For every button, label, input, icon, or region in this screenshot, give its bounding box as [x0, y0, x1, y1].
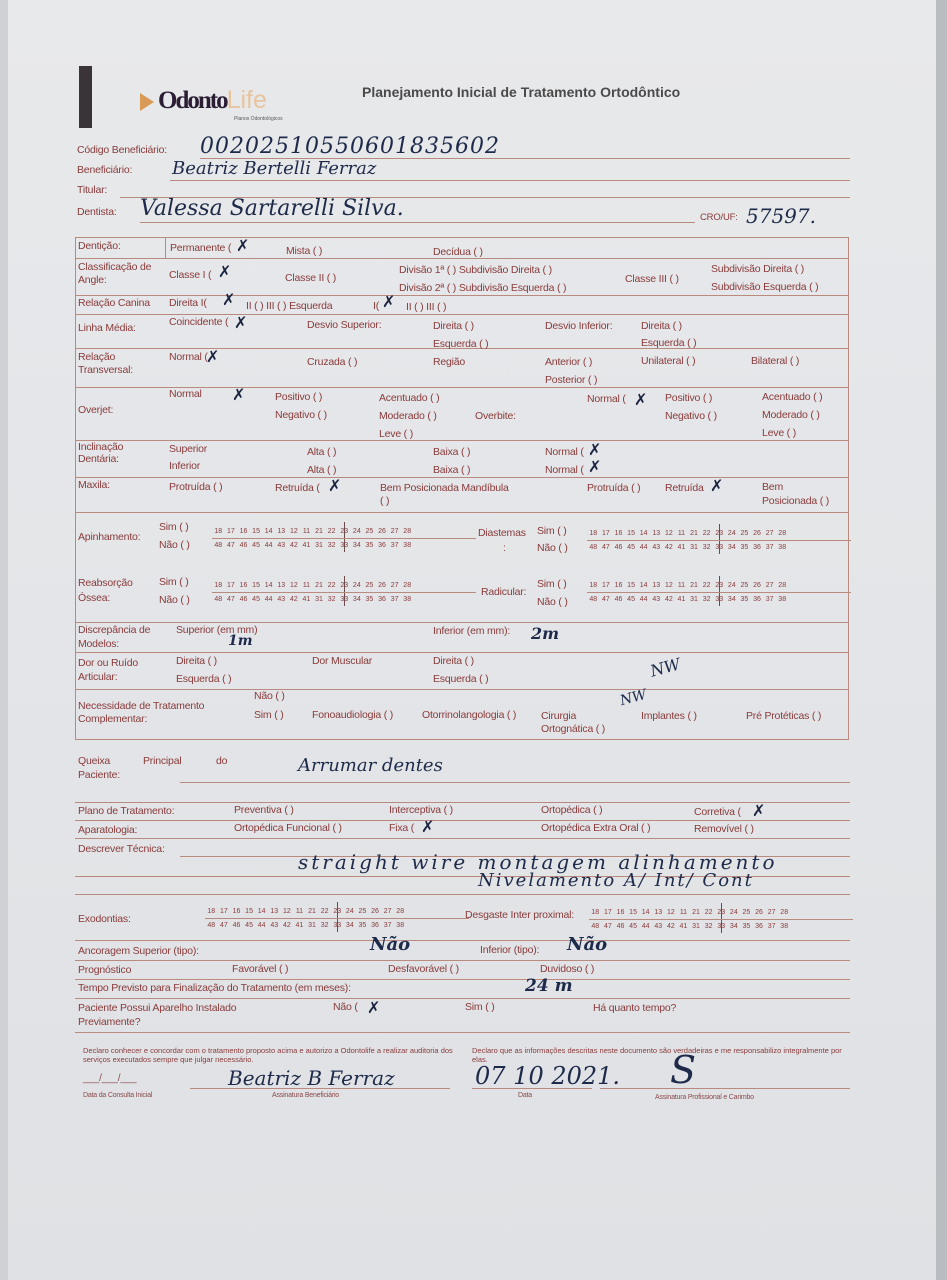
- prognostico-desfavoravel[interactable]: Desfavorável ( ): [388, 963, 459, 975]
- canina-esquerda-i[interactable]: I(: [373, 300, 379, 312]
- data-field[interactable]: 07 10 2021.: [475, 1062, 620, 1090]
- angle-div1[interactable]: Divisão 1ª ( ) Subdivisão Direita ( ): [399, 264, 552, 276]
- complementar-otorrino[interactable]: Otorrinolangologia ( ): [422, 709, 516, 721]
- angle-classe1[interactable]: Classe I (: [169, 269, 211, 281]
- overbite-negativo[interactable]: Negativo ( ): [665, 410, 717, 422]
- transversal-anterior[interactable]: Anterior ( ): [545, 356, 592, 368]
- complementar-sim[interactable]: Sim ( ): [254, 709, 284, 721]
- desvio-sup-esquerda[interactable]: Esquerda ( ): [433, 338, 488, 350]
- aparatologia-ortopedica-funcional[interactable]: Ortopédica Funcional ( ): [234, 822, 342, 834]
- overjet-moderado[interactable]: Moderado ( ): [379, 410, 437, 422]
- logo-diamond-icon: [140, 93, 154, 111]
- aparatologia-ortopedica-extra[interactable]: Ortopédica Extra Oral ( ): [541, 822, 650, 834]
- desvio-superior-label: Desvio Superior:: [307, 319, 381, 331]
- denticao-permanente[interactable]: Permanente (: [170, 242, 231, 254]
- dentista-field[interactable]: Valessa Sartarelli Silva.: [140, 196, 404, 221]
- dentista-underline: [140, 222, 695, 223]
- assinatura-profissional[interactable]: S: [670, 1048, 696, 1092]
- transversal-unilateral[interactable]: Unilateral ( ): [641, 355, 695, 367]
- row-divider: [75, 440, 849, 441]
- assinatura-profissional-label: Assinatura Profissional e Carimbo: [655, 1094, 754, 1101]
- radicular-tooth-chart[interactable]: 18171615141312112122232425262728 4847464…: [587, 578, 851, 606]
- tempo-label: Tempo Previsto para Finalização do Trata…: [78, 982, 351, 994]
- articular-direita[interactable]: Direita ( ): [176, 655, 217, 667]
- desvio-inf-esquerda[interactable]: Esquerda ( ): [641, 337, 696, 349]
- prognostico-duvidoso[interactable]: Duvidoso ( ): [540, 963, 594, 975]
- aparatologia-fixa[interactable]: Fixa (: [389, 822, 414, 834]
- reabsorcao-nao[interactable]: Não ( ): [159, 594, 190, 606]
- radicular-label: Radicular:: [481, 586, 526, 598]
- ancoragem-superior-value[interactable]: Não: [370, 934, 410, 955]
- row-divider: [75, 314, 849, 315]
- diastemas-colon: :: [503, 542, 506, 554]
- odontolife-logo: OdontoLife: [140, 86, 267, 115]
- paper-edge-right: [936, 0, 947, 1280]
- transversal-label: Relação Transversal:: [78, 351, 148, 377]
- tecnica-label: Descrever Técnica:: [78, 843, 165, 855]
- overbite-label: Overbite:: [475, 410, 516, 422]
- angle-div2[interactable]: Divisão 2ª ( ) Subdivisão Esquerda ( ): [399, 282, 566, 294]
- overjet-normal[interactable]: Normal: [169, 388, 202, 400]
- reabsorcao-sim[interactable]: Sim ( ): [159, 576, 189, 588]
- prognostico-label: Prognóstico: [78, 964, 131, 976]
- tecnica-line: [75, 894, 850, 895]
- row-divider: [75, 477, 849, 478]
- aparatologia-removivel[interactable]: Removível ( ): [694, 823, 754, 835]
- diastemas-tooth-chart[interactable]: 18171615141312112122232425262728 4847464…: [587, 526, 851, 554]
- check-mark-icon: ✗: [421, 817, 434, 836]
- overbite-acentuado[interactable]: Acentuado ( ): [762, 391, 822, 403]
- row-divider: [75, 689, 849, 690]
- linha-media-label: Linha Média:: [78, 322, 136, 334]
- complementar-cirurgia: Cirurgia: [541, 710, 576, 722]
- transversal-cruzada[interactable]: Cruzada ( ): [307, 356, 357, 368]
- desvio-inferior-label: Desvio Inferior:: [545, 320, 612, 332]
- queixa-label: Queixa: [78, 755, 110, 767]
- prognostico-favoravel[interactable]: Favorável ( ): [232, 963, 288, 975]
- transversal-regiao: Região: [433, 356, 465, 368]
- inclinacao-superior: Superior: [169, 443, 207, 455]
- overjet-negativo[interactable]: Negativo ( ): [275, 409, 327, 421]
- maxila-retruida[interactable]: Retruída (: [275, 482, 320, 494]
- angle-sub-esquerda[interactable]: Subdivisão Esquerda ( ): [711, 281, 818, 293]
- angle-sub-direita[interactable]: Subdivisão Direita ( ): [711, 263, 804, 275]
- assinatura-profissional-line: [600, 1088, 850, 1089]
- apinhamento-sim[interactable]: Sim ( ): [159, 521, 189, 533]
- transversal-bilateral[interactable]: Bilateral ( ): [751, 355, 799, 367]
- cro-field[interactable]: 57597.: [746, 204, 816, 228]
- apinhamento-label: Apinhamento:: [78, 531, 140, 543]
- inclinacao-sup-alta[interactable]: Alta ( ): [307, 446, 336, 458]
- check-mark-icon: ✗: [328, 476, 341, 495]
- plano-ortopedica[interactable]: Ortopédica ( ): [541, 804, 602, 816]
- check-mark-icon: ✗: [206, 347, 219, 366]
- overjet-label: Overjet:: [78, 404, 113, 416]
- inclinacao-inf-baixa[interactable]: Baixa ( ): [433, 464, 470, 476]
- beneficiario-field[interactable]: Beatriz Bertelli Ferraz: [172, 158, 376, 179]
- beneficiario-label: Beneficiário:: [77, 164, 132, 176]
- check-mark-icon: ✗: [588, 457, 601, 476]
- canina-direita-rest[interactable]: II ( ) III ( ) Esquerda: [246, 300, 332, 312]
- overbite-positivo[interactable]: Positivo ( ): [665, 392, 712, 404]
- inclinacao-sup-baixa[interactable]: Baixa ( ): [433, 446, 470, 458]
- inclinacao-inf-normal[interactable]: Normal (: [545, 464, 584, 476]
- diastemas-label: Diastemas: [478, 527, 526, 539]
- apinhamento-nao[interactable]: Não ( ): [159, 539, 190, 551]
- logo-tagline: Planos Odontológicos: [234, 116, 283, 122]
- desvio-sup-direita[interactable]: Direita ( ): [433, 320, 474, 332]
- aparelho-tempo[interactable]: Há quanto tempo?: [593, 1002, 676, 1014]
- row-divider: [75, 838, 850, 839]
- data-consulta-label: Data da Consulta Inicial: [83, 1092, 152, 1099]
- check-mark-icon: ✗: [367, 998, 380, 1017]
- dentista-label: Dentista:: [77, 206, 117, 218]
- overbite-moderado[interactable]: Moderado ( ): [762, 409, 820, 421]
- complementar-implantes[interactable]: Implantes ( ): [641, 710, 697, 722]
- canina-esquerda-rest[interactable]: II ( ) III ( ): [406, 301, 446, 313]
- denticao-mista[interactable]: Mista ( ): [286, 245, 322, 257]
- assinatura-beneficiario[interactable]: Beatriz B Ferraz: [228, 1066, 395, 1090]
- declaracao-beneficiario: Declaro conhecer e concordar com o trata…: [83, 1046, 453, 1064]
- aparelho-sim[interactable]: Sim ( ): [465, 1001, 495, 1013]
- complementar-fono[interactable]: Fonoaudiologia ( ): [312, 709, 393, 721]
- beneficiario-underline: [170, 180, 850, 181]
- aparelho-nao[interactable]: Não (: [333, 1001, 358, 1013]
- discrepancia-label: Discrepância de Modelos:: [78, 623, 173, 651]
- row-divider: [75, 998, 850, 999]
- dor-muscular-label: Dor Muscular: [312, 655, 372, 667]
- codigo-field[interactable]: 00202510550601835602: [200, 134, 500, 159]
- transversal-posterior[interactable]: Posterior ( ): [545, 374, 597, 386]
- muscular-esquerda[interactable]: Esquerda ( ): [433, 673, 488, 685]
- radicular-nao[interactable]: Não ( ): [537, 596, 568, 608]
- queixa-underline-2: [75, 802, 850, 803]
- overjet-positivo[interactable]: Positivo ( ): [275, 391, 322, 403]
- tempo-value[interactable]: 24 m: [525, 976, 573, 996]
- maxila-bem-posicionada-check[interactable]: ( ): [380, 495, 389, 507]
- check-mark-icon: ✗: [232, 385, 245, 404]
- queixa-do-label: do: [216, 755, 227, 767]
- complementar-label: Necessidade de Tratamento Complementar:: [78, 700, 238, 726]
- row-divider: [75, 295, 849, 296]
- reabsorcao-tooth-chart[interactable]: 18171615141312112122232425262728 4847464…: [212, 578, 476, 606]
- aparatologia-label: Aparatologia:: [78, 824, 137, 836]
- data-label: Data: [518, 1092, 532, 1099]
- row-divider: [75, 652, 849, 653]
- canina-label: Relação Canina: [78, 297, 150, 309]
- row-divider: [75, 820, 850, 821]
- exodontias-tooth-chart[interactable]: 18171615141312112122232425262728 4847464…: [205, 904, 469, 932]
- diastemas-sim[interactable]: Sim ( ): [537, 525, 567, 537]
- queixa-underline: [180, 782, 850, 783]
- check-mark-icon: ✗: [222, 290, 235, 309]
- complementar-pre-proteticas[interactable]: Pré Protéticas ( ): [746, 710, 821, 722]
- angle-label: Classificação de Angle:: [78, 261, 168, 287]
- row-divider: [75, 940, 850, 941]
- mandibula-bem-posicionada[interactable]: Posicionada ( ): [762, 495, 829, 507]
- reabsorcao-ossea-label: Óssea:: [78, 592, 110, 604]
- row-divider: [75, 622, 849, 623]
- tecnica-line2[interactable]: Nivelamento A/ Int/ Cont: [478, 870, 754, 891]
- check-mark-icon: ✗: [710, 476, 723, 495]
- logo-brand: Odonto: [158, 87, 227, 114]
- maxila-protruida[interactable]: Protruída ( ): [169, 481, 222, 493]
- data-line: [472, 1088, 592, 1089]
- check-mark-icon: ✗: [382, 292, 395, 311]
- plano-preventiva[interactable]: Preventiva ( ): [234, 804, 294, 816]
- angle-classe2[interactable]: Classe II ( ): [285, 272, 336, 284]
- logo-side-bar: [79, 66, 92, 128]
- desvio-inf-direita[interactable]: Direita ( ): [641, 320, 682, 332]
- denticao-decidua[interactable]: Decídua ( ): [433, 246, 483, 258]
- queixa-principal-label: Principal: [143, 755, 181, 767]
- denticao-label: Dentição:: [78, 240, 121, 252]
- page-title: Planejamento Inicial de Tratamento Ortod…: [362, 84, 680, 100]
- discrepancia-inferior-label: Inferior (em mm):: [433, 625, 510, 637]
- complementar-ortognatica[interactable]: Ortognática ( ): [541, 723, 605, 735]
- data-consulta-field[interactable]: ___/___/___: [83, 1073, 136, 1084]
- cro-label: CRO/UF:: [700, 212, 738, 223]
- dor-ruido-label: Dor ou Ruído Articular:: [78, 656, 158, 684]
- ancoragem-superior-label: Ancoragem Superior (tipo):: [78, 945, 199, 957]
- assinatura-line: [190, 1088, 450, 1089]
- canina-direita-i[interactable]: Direita I(: [169, 297, 207, 309]
- plano-corretiva[interactable]: Corretiva (: [694, 806, 741, 818]
- check-mark-icon: ✗: [752, 801, 765, 820]
- reabsorcao-label: Reabsorção: [78, 577, 133, 589]
- articular-esquerda[interactable]: Esquerda ( ): [176, 673, 231, 685]
- codigo-label: Código Beneficiário:: [77, 144, 167, 156]
- desgaste-label: Desgaste Inter proximal:: [465, 909, 574, 921]
- plano-interceptiva[interactable]: Interceptiva ( ): [389, 804, 453, 816]
- angle-classe3[interactable]: Classe III ( ): [625, 273, 679, 285]
- row-divider: [75, 512, 849, 513]
- inclinacao-inferior: Inferior: [169, 460, 200, 472]
- aparelho-previo-label: Paciente Possui Aparelho Instalado: [78, 1002, 236, 1014]
- plano-label: Plano de Tratamento:: [78, 805, 174, 817]
- inclinacao-label: Inclinação Dentária:: [78, 441, 148, 465]
- row-divider: [75, 960, 850, 961]
- discrepancia-superior-value[interactable]: 1m: [228, 633, 253, 649]
- check-mark-icon: ✗: [234, 313, 247, 332]
- titular-label: Titular:: [77, 184, 107, 196]
- muscular-direita[interactable]: Direita ( ): [433, 655, 474, 667]
- row-divider: [75, 258, 849, 259]
- inclinacao-inf-alta[interactable]: Alta ( ): [307, 464, 336, 476]
- maxila-label: Maxila:: [78, 479, 110, 491]
- linha-coincidente[interactable]: Coincidente (: [169, 316, 228, 328]
- paper-edge-left: [0, 0, 8, 1280]
- complementar-nao[interactable]: Não ( ): [254, 690, 285, 702]
- apinhamento-tooth-chart[interactable]: 18171615141312112122232425262728 4847464…: [212, 524, 476, 552]
- assinatura-beneficiario-label: Assinatura Beneficiário: [272, 1092, 339, 1099]
- ancoragem-inferior-value[interactable]: Não: [567, 934, 607, 955]
- desgaste-tooth-chart[interactable]: 18171615141312112122232425262728 4847464…: [589, 905, 853, 933]
- check-mark-icon: ✗: [634, 390, 647, 409]
- exodontias-label: Exodontias:: [78, 913, 131, 925]
- overbite-normal[interactable]: Normal (: [587, 393, 626, 405]
- mandibula-bem: Bem: [762, 481, 783, 493]
- overjet-acentuado[interactable]: Acentuado ( ): [379, 392, 439, 404]
- diastemas-nao[interactable]: Não ( ): [537, 542, 568, 554]
- transversal-normal[interactable]: Normal (: [169, 351, 208, 363]
- discrepancia-inferior-value[interactable]: 2m: [531, 624, 559, 643]
- overbite-leve[interactable]: Leve ( ): [762, 427, 796, 439]
- logo-suffix: Life: [227, 86, 267, 114]
- mandibula-protruida[interactable]: Protruída ( ): [587, 482, 640, 494]
- row-divider: [75, 979, 850, 980]
- bem-posicionada-mandibula: Bem Posicionada Mandíbula: [380, 482, 509, 494]
- check-mark-icon: ✗: [218, 262, 231, 281]
- col-divider: [165, 237, 166, 259]
- check-mark-icon: ✗: [236, 236, 249, 255]
- queixa-paciente-label: Paciente:: [78, 769, 120, 781]
- radicular-sim[interactable]: Sim ( ): [537, 578, 567, 590]
- overjet-leve[interactable]: Leve ( ): [379, 428, 413, 440]
- queixa-field[interactable]: Arrumar dentes: [298, 755, 443, 776]
- aparelho-previo-label-2: Previamente?: [78, 1016, 140, 1028]
- mandibula-retruida[interactable]: Retruída: [665, 482, 704, 494]
- ancoragem-inferior-label: Inferior (tipo):: [480, 944, 539, 956]
- inclinacao-sup-normal[interactable]: Normal (: [545, 446, 584, 458]
- row-divider: [75, 1032, 850, 1033]
